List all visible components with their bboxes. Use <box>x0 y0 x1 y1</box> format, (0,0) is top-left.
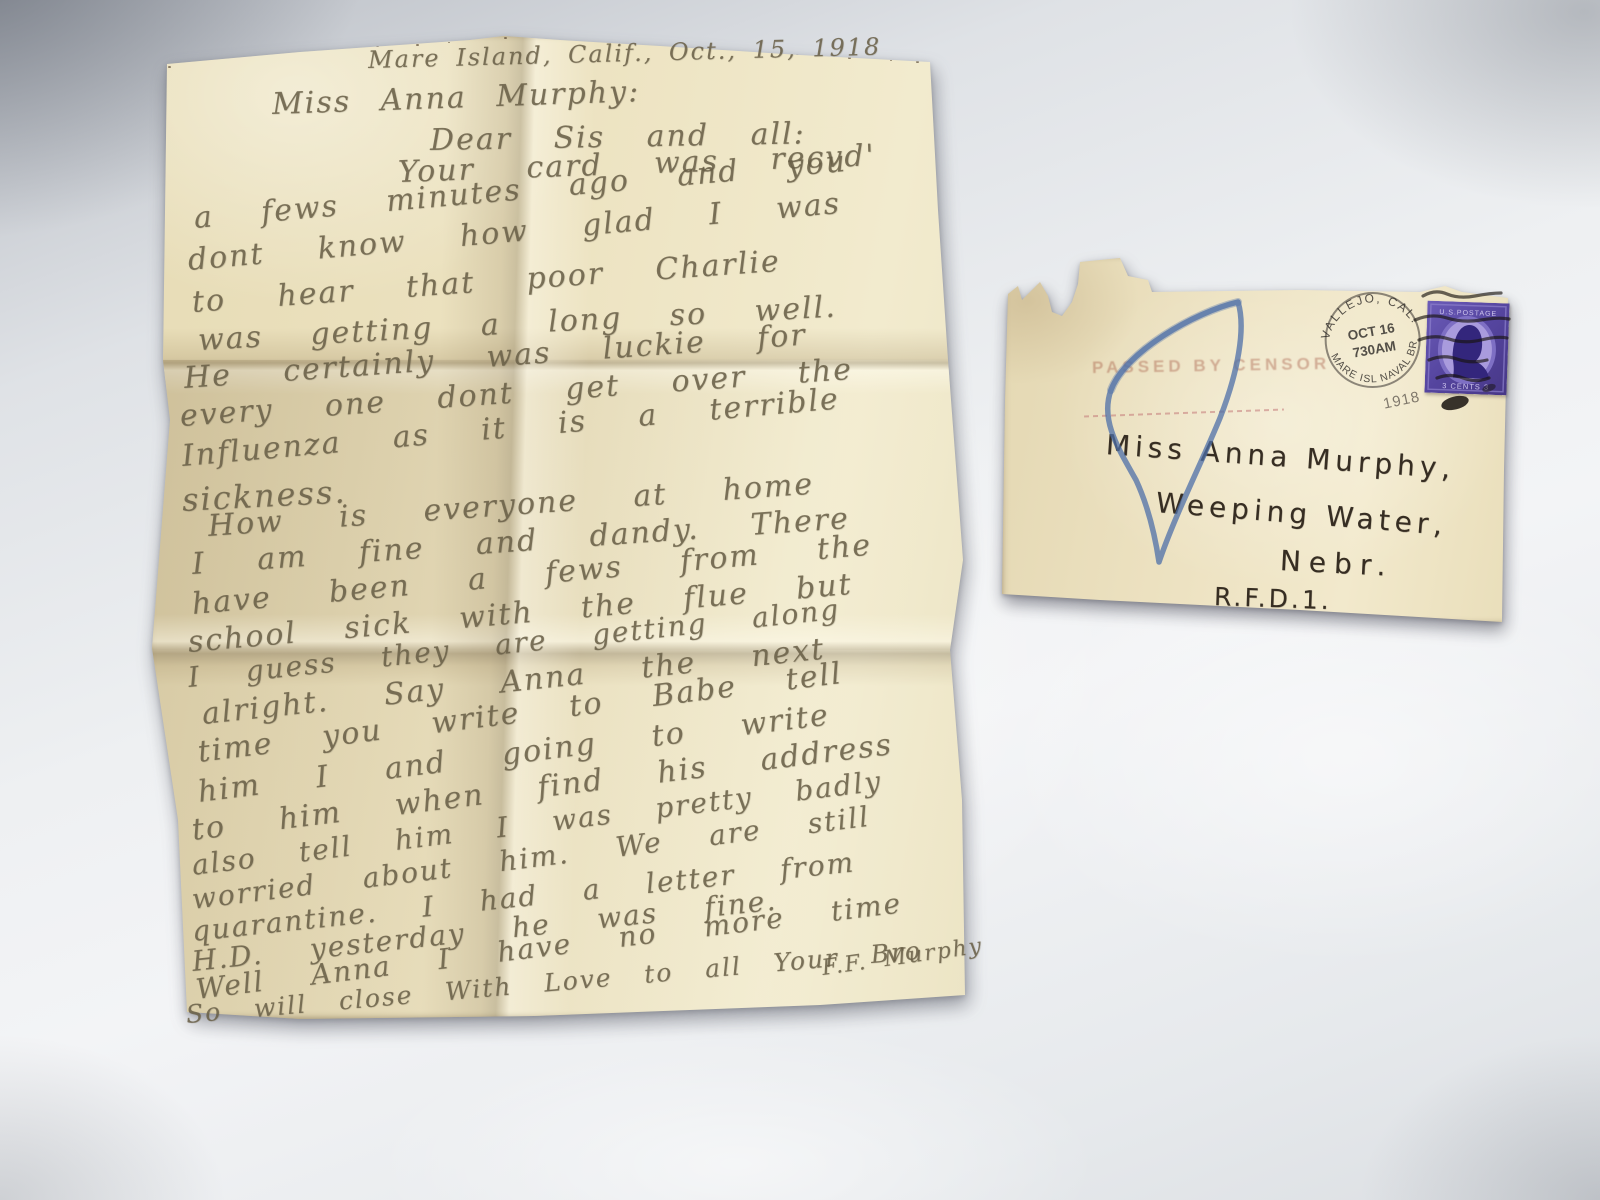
cancellation-marks <box>1385 282 1520 432</box>
photo-table-surface: Mare Island, Calif., Oct., 15, 1918Miss … <box>0 0 1600 1200</box>
letter-line: Miss Anna Murphy: <box>271 77 640 120</box>
letter-line: Mare Island, Calif., Oct., 15, 1918 <box>368 35 882 72</box>
